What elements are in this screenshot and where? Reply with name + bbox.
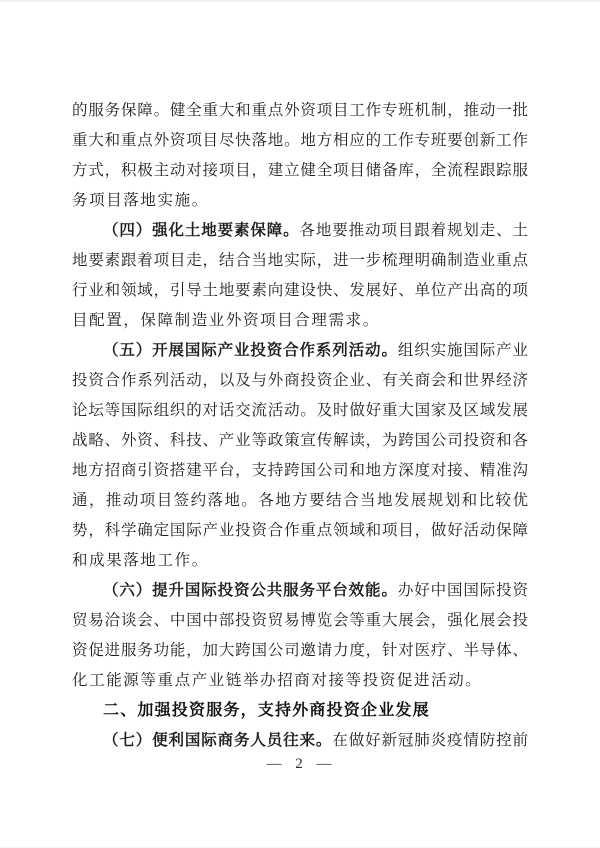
clause-7-title: （七）便利国际商务人员往来。	[103, 732, 332, 749]
section-2-heading: 二、加强投资服务，支持外商投资企业发展	[72, 696, 528, 726]
clause-7-text: 在做好新冠肺炎疫情防控前	[332, 732, 528, 749]
page-number: — 2 —	[0, 752, 600, 776]
doc-line: 战略、外资、科技、产业等政策宣传解读，为跨国公司投资和各	[72, 426, 528, 456]
document-page: 的服务保障。健全重大和重点外资项目工作专班机制，推动一批 重大和重点外资项目尽快…	[0, 0, 600, 848]
doc-line: 目配置，保障制造业外资项目合理需求。	[72, 306, 528, 336]
doc-line: 地要素跟着项目走，结合当地实际，进一步梳理明确制造业重点	[72, 246, 528, 276]
doc-line: 方式，积极主动对接项目，建立健全项目储备库，全流程跟踪服	[72, 156, 528, 186]
doc-line-clause-6: （六）提升国际投资公共服务平台效能。办好中国国际投资	[72, 576, 528, 606]
doc-line: 通，推动项目签约落地。各地方要结合当地发展规划和比较优	[72, 486, 528, 516]
doc-line: 务项目落地实施。	[72, 186, 528, 216]
clause-5-title: （五）开展国际产业投资合作系列活动。	[103, 342, 398, 359]
clause-4-title: （四）强化土地要素保障。	[103, 222, 300, 239]
doc-line: 重大和重点外资项目尽快落地。地方相应的工作专班要创新工作	[72, 126, 528, 156]
doc-line: 的服务保障。健全重大和重点外资项目工作专班机制，推动一批	[72, 96, 528, 126]
doc-line-clause-5: （五）开展国际产业投资合作系列活动。组织实施国际产业	[72, 336, 528, 366]
doc-line: 地方招商引资搭建平台，支持跨国公司和地方深度对接、精准沟	[72, 456, 528, 486]
doc-line: 行业和领域，引导土地要素向建设快、发展好、单位产出高的项	[72, 276, 528, 306]
doc-line: 化工能源等重点产业链举办招商对接等投资促进活动。	[72, 666, 528, 696]
doc-line: 投资合作系列活动，以及与外商投资企业、有关商会和世界经济	[72, 366, 528, 396]
doc-line-clause-4: （四）强化土地要素保障。各地要推动项目跟着规划走、土	[72, 216, 528, 246]
doc-line: 势，科学确定国际产业投资合作重点领域和项目，做好活动保障	[72, 516, 528, 546]
clause-5-text: 组织实施国际产业	[398, 342, 528, 359]
doc-line: 资促进服务功能，加大跨国公司邀请力度，针对医疗、半导体、	[72, 636, 528, 666]
clause-6-text: 办好中国国际投资	[398, 582, 528, 599]
clause-6-title: （六）提升国际投资公共服务平台效能。	[103, 582, 398, 599]
doc-line: 和成果落地工作。	[72, 546, 528, 576]
doc-line: 论坛等国际组织的对话交流活动。及时做好重大国家及区域发展	[72, 396, 528, 426]
clause-4-text: 各地要推动项目跟着规划走、土	[300, 222, 528, 239]
doc-line: 贸易洽谈会、中国中部投资贸易博览会等重大展会，强化展会投	[72, 606, 528, 636]
document-body: 的服务保障。健全重大和重点外资项目工作专班机制，推动一批 重大和重点外资项目尽快…	[72, 96, 528, 756]
